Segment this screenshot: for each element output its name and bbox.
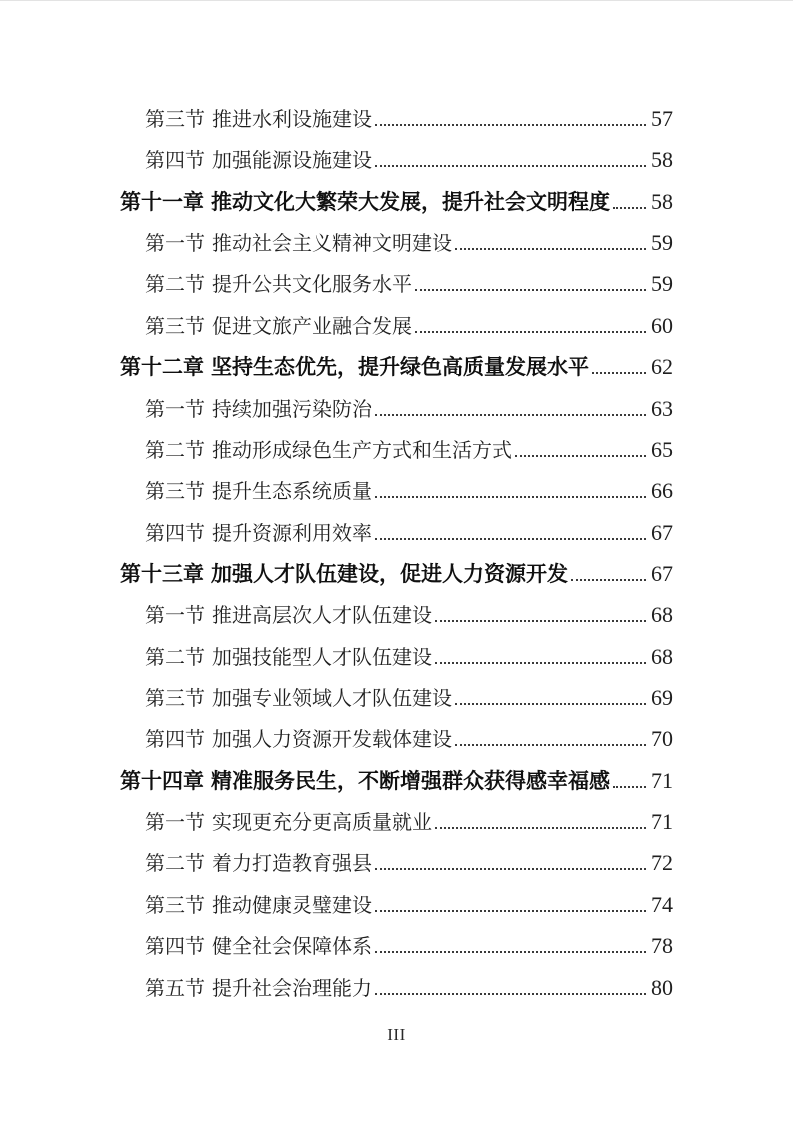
toc-entry-label: 第二节 xyxy=(145,844,205,885)
toc-entry-label: 第三节 xyxy=(145,307,205,348)
dot-leader xyxy=(455,703,646,705)
toc-entry-page-number: 58 xyxy=(651,181,673,222)
toc-entry-chapter[interactable]: 第十三章加强人才队伍建设，促进人力资源开发67 xyxy=(120,553,673,594)
toc-entry-section[interactable]: 第四节提升资源利用效率67 xyxy=(120,512,673,553)
dot-leader xyxy=(375,910,646,912)
dot-leader xyxy=(435,827,646,829)
toc-entry-title: 提升社会治理能力 xyxy=(212,969,372,1010)
toc-entry-label: 第二节 xyxy=(145,265,205,306)
toc-entry-page-number: 78 xyxy=(651,925,673,966)
toc-entry-title: 精准服务民生，不断增强群众获得感幸福感 xyxy=(211,761,610,802)
toc-entry-page-number: 68 xyxy=(651,594,673,635)
dot-leader xyxy=(435,662,646,664)
toc-entry-title: 坚持生态优先，提升绿色高质量发展水平 xyxy=(211,347,589,388)
toc-entry-section[interactable]: 第三节推动健康灵璧建设74 xyxy=(120,884,673,925)
toc-entry-title: 加强人才队伍建设，促进人力资源开发 xyxy=(211,554,568,595)
toc-entry-label: 第三节 xyxy=(145,886,205,927)
toc-entry-label: 第四节 xyxy=(145,514,205,555)
dot-leader xyxy=(375,124,646,126)
toc-entry-label: 第三节 xyxy=(145,472,205,513)
toc-entry-page-number: 67 xyxy=(651,553,673,594)
toc-entry-label: 第三节 xyxy=(145,679,205,720)
toc-entry-chapter[interactable]: 第十四章精准服务民生，不断增强群众获得感幸福感71 xyxy=(120,760,673,801)
toc-entry-label: 第一节 xyxy=(145,390,205,431)
toc-entry-label: 第一节 xyxy=(145,224,205,265)
toc-entry-title: 推动健康灵璧建设 xyxy=(212,886,372,927)
toc-entry-section[interactable]: 第一节实现更充分更高质量就业71 xyxy=(120,801,673,842)
toc-entry-title: 推动形成绿色生产方式和生活方式 xyxy=(212,431,512,472)
toc-entry-section[interactable]: 第一节持续加强污染防治63 xyxy=(120,388,673,429)
toc-entry-label: 第十四章 xyxy=(120,761,204,802)
document-page: 第三节推进水利设施建设57第四节加强能源设施建设58第十一章推动文化大繁荣大发展… xyxy=(0,0,793,1122)
toc-entry-label: 第二节 xyxy=(145,638,205,679)
toc-entry-label: 第一节 xyxy=(145,596,205,637)
dot-leader xyxy=(515,455,646,457)
toc-entry-page-number: 70 xyxy=(651,718,673,759)
toc-entry-section[interactable]: 第二节推动形成绿色生产方式和生活方式65 xyxy=(120,429,673,470)
toc-entry-section[interactable]: 第二节着力打造教育强县72 xyxy=(120,842,673,883)
toc-entry-title: 加强专业领域人才队伍建设 xyxy=(212,679,452,720)
toc-entry-title: 提升资源利用效率 xyxy=(212,514,372,555)
dot-leader xyxy=(571,579,646,581)
toc-entry-page-number: 72 xyxy=(651,842,673,883)
toc-entry-label: 第二节 xyxy=(145,431,205,472)
toc-entry-page-number: 63 xyxy=(651,388,673,429)
toc-entry-chapter[interactable]: 第十二章坚持生态优先，提升绿色高质量发展水平62 xyxy=(120,346,673,387)
toc-entry-label: 第三节 xyxy=(145,100,205,141)
toc-entry-label: 第四节 xyxy=(145,141,205,182)
toc-entry-section[interactable]: 第二节加强技能型人才队伍建设68 xyxy=(120,636,673,677)
toc-entry-section[interactable]: 第四节加强人力资源开发载体建设70 xyxy=(120,718,673,759)
dot-leader xyxy=(435,620,646,622)
dot-leader xyxy=(455,248,646,250)
toc-entry-page-number: 80 xyxy=(651,967,673,1008)
dot-leader xyxy=(455,744,646,746)
toc-entry-title: 推进水利设施建设 xyxy=(212,100,372,141)
toc-entry-title: 提升生态系统质量 xyxy=(212,472,372,513)
toc-entry-section[interactable]: 第三节提升生态系统质量66 xyxy=(120,470,673,511)
dot-leader xyxy=(375,951,646,953)
toc-entry-title: 健全社会保障体系 xyxy=(212,927,372,968)
page-footer: III xyxy=(0,1025,793,1045)
toc-entry-section[interactable]: 第三节促进文旅产业融合发展60 xyxy=(120,305,673,346)
dot-leader xyxy=(375,496,646,498)
toc-entry-title: 推动文化大繁荣大发展，提升社会文明程度 xyxy=(211,182,610,223)
dot-leader xyxy=(375,538,646,540)
toc-entry-title: 加强人力资源开发载体建设 xyxy=(212,720,452,761)
dot-leader xyxy=(375,165,646,167)
toc-entry-title: 加强能源设施建设 xyxy=(212,141,372,182)
toc-entry-page-number: 68 xyxy=(651,636,673,677)
toc-entry-page-number: 59 xyxy=(651,263,673,304)
toc-entry-page-number: 66 xyxy=(651,470,673,511)
toc-entry-section[interactable]: 第三节推进水利设施建设57 xyxy=(120,98,673,139)
toc-entry-section[interactable]: 第四节加强能源设施建设58 xyxy=(120,139,673,180)
toc-entry-page-number: 65 xyxy=(651,429,673,470)
toc-entry-label: 第四节 xyxy=(145,927,205,968)
toc-entry-section[interactable]: 第三节加强专业领域人才队伍建设69 xyxy=(120,677,673,718)
toc-entry-page-number: 74 xyxy=(651,884,673,925)
dot-leader xyxy=(375,993,646,995)
toc-entry-section[interactable]: 第二节提升公共文化服务水平59 xyxy=(120,263,673,304)
toc-entry-title: 提升公共文化服务水平 xyxy=(212,265,412,306)
toc-list: 第三节推进水利设施建设57第四节加强能源设施建设58第十一章推动文化大繁荣大发展… xyxy=(120,98,673,1008)
toc-entry-section[interactable]: 第四节健全社会保障体系78 xyxy=(120,925,673,966)
toc-entry-page-number: 62 xyxy=(651,346,673,387)
toc-entry-page-number: 57 xyxy=(651,98,673,139)
toc-entry-title: 推动社会主义精神文明建设 xyxy=(212,224,452,265)
toc-entry-label: 第十一章 xyxy=(120,182,204,223)
toc-entry-section[interactable]: 第一节推进高层次人才队伍建设68 xyxy=(120,594,673,635)
toc-entry-section[interactable]: 第五节提升社会治理能力80 xyxy=(120,967,673,1008)
dot-leader xyxy=(415,289,646,291)
toc-entry-page-number: 71 xyxy=(651,801,673,842)
toc-entry-chapter[interactable]: 第十一章推动文化大繁荣大发展，提升社会文明程度58 xyxy=(120,181,673,222)
toc-entry-page-number: 58 xyxy=(651,139,673,180)
toc-entry-label: 第四节 xyxy=(145,720,205,761)
toc-entry-title: 加强技能型人才队伍建设 xyxy=(212,638,432,679)
toc-entry-page-number: 71 xyxy=(651,760,673,801)
dot-leader xyxy=(592,372,646,374)
toc-entry-label: 第一节 xyxy=(145,803,205,844)
toc-entry-page-number: 59 xyxy=(651,222,673,263)
dot-leader xyxy=(613,786,646,788)
toc-entry-page-number: 67 xyxy=(651,512,673,553)
dot-leader xyxy=(375,414,646,416)
dot-leader xyxy=(415,331,646,333)
toc-entry-title: 持续加强污染防治 xyxy=(212,390,372,431)
toc-entry-title: 着力打造教育强县 xyxy=(212,844,372,885)
toc-entry-label: 第十三章 xyxy=(120,554,204,595)
footer-page-number: III xyxy=(387,1025,405,1044)
dot-leader xyxy=(375,868,646,870)
dot-leader xyxy=(613,207,646,209)
toc-entry-title: 实现更充分更高质量就业 xyxy=(212,803,432,844)
toc-entry-page-number: 69 xyxy=(651,677,673,718)
toc-entry-title: 促进文旅产业融合发展 xyxy=(212,307,412,348)
toc-entry-page-number: 60 xyxy=(651,305,673,346)
toc-entry-label: 第五节 xyxy=(145,969,205,1010)
toc-entry-title: 推进高层次人才队伍建设 xyxy=(212,596,432,637)
toc-entry-section[interactable]: 第一节推动社会主义精神文明建设59 xyxy=(120,222,673,263)
toc-entry-label: 第十二章 xyxy=(120,347,204,388)
